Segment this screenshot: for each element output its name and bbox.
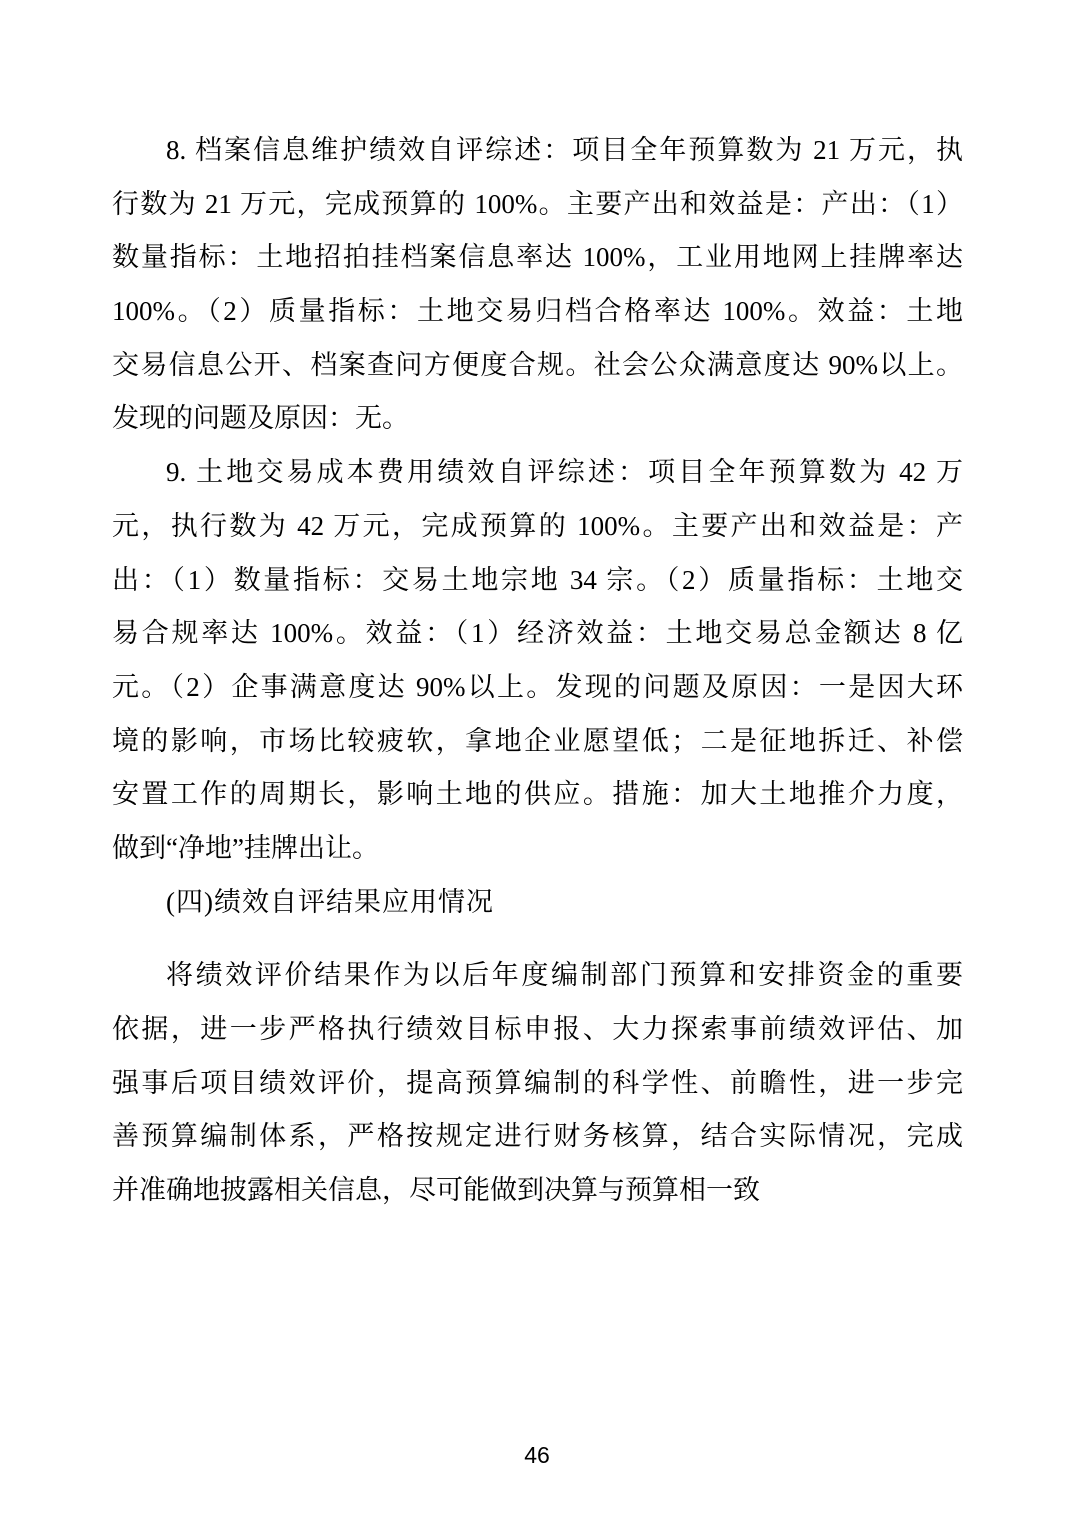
text-line: 发现的问题及原因：无。 [112, 392, 963, 446]
paragraph-8-archive-info-maintenance: 8. 档案信息维护绩效自评综述：项目全年预算数为 21 万元，执行数为 21 万… [112, 124, 963, 446]
text-line: 将绩效评价结果作为以后年度编制部门预算和安排资金的重要 [112, 949, 963, 1003]
text-line: 安置工作的周期长，影响土地的供应。措施：加大土地推介力度， [112, 768, 963, 822]
text-line: 出：（1）数量指标：交易土地宗地 34 宗。（2）质量指标：土地交 [112, 554, 963, 608]
page-number: 46 [0, 1440, 1074, 1470]
text-line: 元。（2）企事满意度达 90%以上。发现的问题及原因：一是因大环 [112, 661, 963, 715]
text-line: 并准确地披露相关信息，尽可能做到决算与预算相一致 [112, 1164, 963, 1218]
text-line: 强事后项目绩效评价，提高预算编制的科学性、前瞻性，进一步完 [112, 1057, 963, 1111]
text-line: 9. 土地交易成本费用绩效自评综述：项目全年预算数为 42 万 [112, 446, 963, 500]
text-line: 依据，进一步严格执行绩效目标申报、大力探索事前绩效评估、加 [112, 1003, 963, 1057]
text-line: 善预算编制体系，严格按规定进行财务核算，结合实际情况，完成 [112, 1110, 963, 1164]
text-line: 8. 档案信息维护绩效自评综述：项目全年预算数为 21 万元，执 [112, 124, 963, 178]
text-line: 易合规率达 100%。效益：（1）经济效益：土地交易总金额达 8 亿 [112, 607, 963, 661]
text-line: 境的影响，市场比较疲软，拿地企业愿望低；二是征地拆迁、补偿 [112, 715, 963, 769]
paragraph-10-result-application-body: 将绩效评价结果作为以后年度编制部门预算和安排资金的重要依据，进一步严格执行绩效目… [112, 949, 963, 1217]
text-line: (四)绩效自评结果应用情况 [112, 876, 963, 930]
text-line: 元，执行数为 42 万元，完成预算的 100%。主要产出和效益是：产 [112, 500, 963, 554]
document-body: 8. 档案信息维护绩效自评综述：项目全年预算数为 21 万元，执行数为 21 万… [112, 124, 963, 1218]
text-line: 数量指标：土地招拍挂档案信息率达 100%，工业用地网上挂牌率达 [112, 231, 963, 285]
document-page: 8. 档案信息维护绩效自评综述：项目全年预算数为 21 万元，执行数为 21 万… [0, 0, 1074, 1520]
text-line: 100%。（2）质量指标：土地交易归档合格率达 100%。效益：土地 [112, 285, 963, 339]
text-line: 交易信息公开、档案查问方便度合规。社会公众满意度达 90%以上。 [112, 339, 963, 393]
text-line: 行数为 21 万元，完成预算的 100%。主要产出和效益是：产出：（1） [112, 178, 963, 232]
heading-section-4-result-application: (四)绩效自评结果应用情况 [112, 876, 963, 930]
text-line: 做到“净地”挂牌出让。 [112, 822, 963, 876]
paragraph-9-land-transaction-cost: 9. 土地交易成本费用绩效自评综述：项目全年预算数为 42 万元，执行数为 42… [112, 446, 963, 876]
